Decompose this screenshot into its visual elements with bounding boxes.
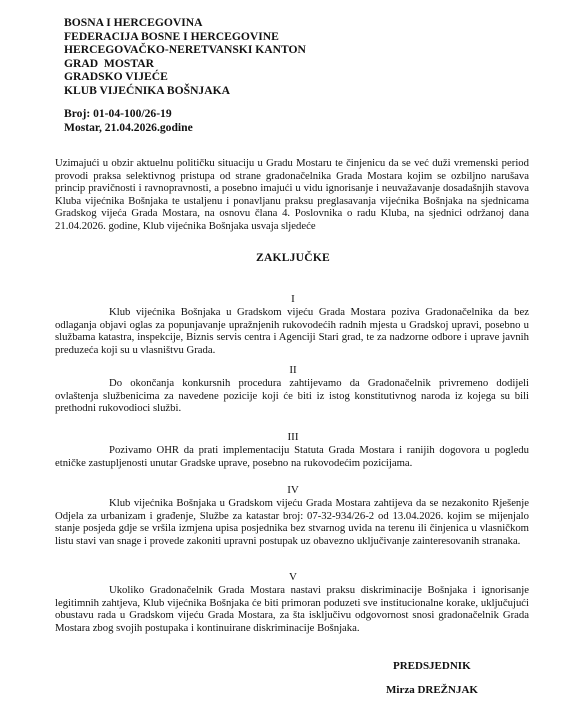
conclusion-text-2: Do okončanja konkursnih procedura zahtij…	[55, 377, 529, 415]
conclusion-text-4: Klub vijećnika Bošnjaka u Gradskom vijeć…	[55, 497, 529, 547]
header-line-club: KLUB VIJEĆNIKA BOŠNJAKA	[64, 84, 306, 98]
conclusion-numeral-3: III	[0, 431, 586, 443]
conclusion-numeral-4: IV	[0, 484, 586, 496]
reference-number: Broj: 01-04-100/26-19	[64, 107, 193, 121]
institution-header: BOSNA I HERCEGOVINA FEDERACIJA BOSNE I H…	[64, 16, 306, 98]
header-line-canton: HERCEGOVAČKO-NERETVANSKI KANTON	[64, 43, 306, 57]
signature-role: PREDSJEDNIK	[393, 660, 471, 672]
place-date: Mostar, 21.04.2026.godine	[64, 121, 193, 135]
document-title: ZAKLJUČKE	[0, 251, 586, 264]
header-line-federation: FEDERACIJA BOSNE I HERCEGOVINE	[64, 30, 306, 44]
conclusion-text-5: Ukoliko Gradonačelnik Grada Mostara nast…	[55, 584, 529, 634]
header-line-council: GRADSKO VIJEĆE	[64, 70, 306, 84]
conclusion-numeral-1: I	[0, 293, 586, 305]
document-page: BOSNA I HERCEGOVINA FEDERACIJA BOSNE I H…	[0, 0, 586, 719]
header-line-city: GRAD MOSTAR	[64, 57, 306, 71]
conclusion-numeral-5: V	[0, 571, 586, 583]
intro-paragraph: Uzimajući u obzir aktuelnu političku sit…	[55, 157, 529, 232]
conclusion-numeral-2: II	[0, 364, 586, 376]
conclusion-text-1: Klub vijećnika Bošnjaka u Gradskom vijeć…	[55, 306, 529, 356]
conclusion-text-3: Pozivamo OHR da prati implementaciju Sta…	[55, 444, 529, 469]
header-line-country: BOSNA I HERCEGOVINA	[64, 16, 306, 30]
signature-name: Mirza DREŽNJAK	[386, 684, 478, 696]
reference-block: Broj: 01-04-100/26-19 Mostar, 21.04.2026…	[64, 107, 193, 135]
